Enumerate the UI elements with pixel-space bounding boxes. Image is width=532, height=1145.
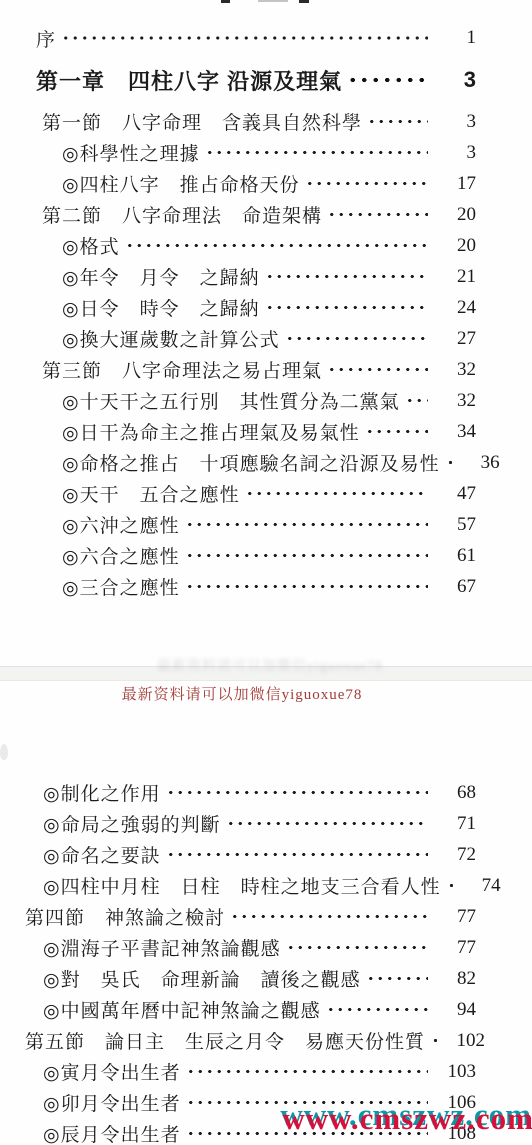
- toc-entry-label: ◎對 吳氏 命理新論 讀後之觀感: [43, 965, 361, 992]
- site-watermark-text: www.cmszwz.com: [282, 1101, 532, 1137]
- scan-artifact: [258, 0, 288, 2]
- toc-row: 第一節 八字命理 含義具自然科學 3: [0, 106, 532, 137]
- toc-entry-label: ◎科學性之理據: [62, 139, 200, 166]
- toc-entry-label: ◎命格之推占 十項應驗名詞之沿源及易性: [62, 449, 440, 476]
- page-number: 34: [432, 421, 476, 443]
- dot-leader: [242, 478, 428, 509]
- page-number: 3: [432, 111, 476, 133]
- scan-artifact: [299, 0, 309, 3]
- toc-row: ◎命名之要訣 72: [0, 839, 532, 870]
- toc-entry-label: ◎四柱八字 推占命格天份: [62, 170, 300, 197]
- bleed-through-text: 最新资料请可以加微信yiguoxue78: [120, 655, 420, 675]
- page-number: 77: [432, 937, 476, 959]
- page-number: 17: [432, 173, 476, 195]
- toc-row: 第二節 八字命理法 命造架構 20: [0, 199, 532, 230]
- toc-entry-label: 第一節 八字命理 含義具自然科學: [42, 108, 362, 135]
- toc-row: ◎日令 時令 之歸納 24: [0, 292, 532, 323]
- toc-row: ◎淵海子平書記神煞論觀感 77: [0, 932, 532, 963]
- toc-entry-label: ◎天干 五合之應性: [62, 480, 240, 507]
- toc-entry-label: 第五節 論日主 生辰之月令 易應天份性質: [25, 1027, 425, 1054]
- dot-leader: [227, 901, 428, 932]
- dot-leader: [443, 870, 453, 901]
- dot-leader: [302, 168, 428, 199]
- page-number: 21: [432, 266, 476, 288]
- dot-leader: [163, 839, 428, 870]
- toc-entry-label: 序: [36, 25, 56, 52]
- toc-row: ◎三合之應性 67: [0, 571, 532, 602]
- dot-leader: [202, 137, 428, 168]
- page-number: 102: [441, 1030, 485, 1052]
- toc-entry-label: ◎日令 時令 之歸納: [62, 294, 260, 321]
- toc-row: ◎天干 五合之應性 47: [0, 478, 532, 509]
- toc-entry-label: 第二節 八字命理法 命造架構: [42, 201, 322, 228]
- toc-entry-label: ◎換大運歲數之計算公式: [62, 325, 280, 352]
- toc-entry-label: ◎制化之作用: [43, 779, 161, 806]
- page-number: 3: [432, 67, 476, 93]
- page-number: 103: [432, 1061, 476, 1083]
- toc-row: ◎六沖之應性 57: [0, 509, 532, 540]
- page-number: 1: [432, 27, 476, 49]
- toc-row: 序 1: [0, 22, 532, 54]
- dot-leader: [324, 199, 428, 230]
- toc-entry-label: ◎三合之應性: [62, 573, 180, 600]
- toc-entry-label: ◎淵海子平書記神煞論觀感: [43, 934, 281, 961]
- dot-leader: [182, 571, 428, 602]
- page-number: 68: [432, 782, 476, 804]
- dot-leader: [402, 385, 428, 416]
- toc-row: ◎命局之強弱的判斷 71: [0, 808, 532, 839]
- toc-row: ◎年令 月令 之歸納 21: [0, 261, 532, 292]
- page-number: 77: [432, 906, 476, 928]
- toc-row: 第四節 神煞論之檢討 77: [0, 901, 532, 932]
- page-number: 72: [432, 844, 476, 866]
- toc-entry-label: ◎中國萬年曆中記神煞論之觀感: [43, 996, 321, 1023]
- page-number: 36: [456, 452, 500, 474]
- dot-leader: [283, 932, 428, 963]
- wechat-watermark-text: 最新资料请可以加微信yiguoxue78: [0, 683, 484, 704]
- toc-row: ◎四柱中月柱 日柱 時柱之地支三合看人性 74: [0, 870, 532, 901]
- dot-leader: [442, 447, 452, 478]
- toc-row: ◎換大運歲數之計算公式 27: [0, 323, 532, 354]
- dot-leader: [262, 292, 428, 323]
- page-number: 20: [432, 235, 476, 257]
- toc-entry-label: ◎日干為命主之推占理氣及易氣性: [62, 418, 360, 445]
- toc-row: ◎四柱八字 推占命格天份 17: [0, 168, 532, 199]
- toc-row: ◎命格之推占 十項應驗名詞之沿源及易性 36: [0, 447, 532, 478]
- page-number: 82: [432, 968, 476, 990]
- toc-entry-label: ◎格式: [62, 232, 120, 259]
- page-number: 71: [432, 813, 476, 835]
- page-number: 67: [432, 576, 476, 598]
- scan-artifact: [0, 744, 8, 760]
- toc-entry-label: 第一章 四柱八字 沿源及理氣: [36, 65, 342, 96]
- dot-leader: [262, 261, 428, 292]
- page-number: 94: [432, 999, 476, 1021]
- dot-leader: [364, 106, 428, 137]
- page-number: 57: [432, 514, 476, 536]
- toc-entry-label: ◎命局之強弱的判斷: [43, 810, 221, 837]
- toc-row: 第三節 八字命理法之易占理氣 32: [0, 354, 532, 385]
- toc-row: ◎六合之應性 61: [0, 540, 532, 571]
- toc-entry-label: 第四節 神煞論之檢討: [25, 903, 225, 930]
- page-number: 20: [432, 204, 476, 226]
- toc-row: ◎寅月令出生者 103: [0, 1056, 532, 1087]
- toc-row: 第五節 論日主 生辰之月令 易應天份性質 102: [0, 1025, 532, 1056]
- dot-leader: [122, 230, 428, 261]
- toc-entry-label: ◎辰月令出生者: [43, 1120, 181, 1145]
- page-number: 3: [432, 142, 476, 164]
- page-number: 61: [432, 545, 476, 567]
- dot-leader: [363, 963, 428, 994]
- toc-page-1: 序 1 第一章 四柱八字 沿源及理氣 3 第一節 八字命理 含義具自然科學 3 …: [0, 22, 532, 602]
- toc-page-2: ◎制化之作用 68 ◎命局之強弱的判斷 71 ◎命名之要訣 72 ◎四柱中月柱 …: [0, 777, 532, 1145]
- dot-leader: [282, 323, 428, 354]
- page-number: 24: [432, 297, 476, 319]
- toc-entry-label: ◎命名之要訣: [43, 841, 161, 868]
- toc-entry-label: ◎卯月令出生者: [43, 1089, 181, 1116]
- page-number: 32: [432, 359, 476, 381]
- toc-entry-label: ◎六合之應性: [62, 542, 180, 569]
- toc-entry-label: ◎寅月令出生者: [43, 1058, 181, 1085]
- dot-leader: [362, 416, 428, 447]
- toc-entry-label: ◎十天干之五行別 其性質分為二黨氣: [62, 387, 400, 414]
- page-number: 32: [432, 390, 476, 412]
- toc-row: ◎十天干之五行別 其性質分為二黨氣 32: [0, 385, 532, 416]
- dot-leader: [182, 540, 428, 571]
- page-number: 27: [432, 328, 476, 350]
- toc-row: ◎中國萬年曆中記神煞論之觀感 94: [0, 994, 532, 1025]
- toc-row: ◎格式 20: [0, 230, 532, 261]
- toc-row: ◎日干為命主之推占理氣及易氣性 34: [0, 416, 532, 447]
- toc-entry-label: ◎四柱中月柱 日柱 時柱之地支三合看人性: [43, 872, 441, 899]
- toc-row: 第一章 四柱八字 沿源及理氣 3: [0, 54, 532, 106]
- page-number: 47: [432, 483, 476, 505]
- dot-leader: [163, 777, 428, 808]
- dot-leader: [344, 54, 428, 106]
- scanned-toc-page: { "document": { "kind": "scanned book ta…: [0, 0, 532, 1145]
- page-number: 74: [457, 875, 501, 897]
- toc-row: ◎對 吳氏 命理新論 讀後之觀感 82: [0, 963, 532, 994]
- toc-entry-label: ◎六沖之應性: [62, 511, 180, 538]
- dot-leader: [183, 1056, 428, 1087]
- scan-artifact: [221, 0, 230, 3]
- dot-leader: [427, 1025, 437, 1056]
- dot-leader: [324, 354, 428, 385]
- toc-row: ◎科學性之理據 3: [0, 137, 532, 168]
- toc-row: ◎制化之作用 68: [0, 777, 532, 808]
- dot-leader: [58, 22, 428, 54]
- dot-leader: [182, 509, 428, 540]
- dot-leader: [223, 808, 428, 839]
- toc-entry-label: ◎年令 月令 之歸納: [62, 263, 260, 290]
- dot-leader: [323, 994, 428, 1025]
- toc-entry-label: 第三節 八字命理法之易占理氣: [42, 356, 322, 383]
